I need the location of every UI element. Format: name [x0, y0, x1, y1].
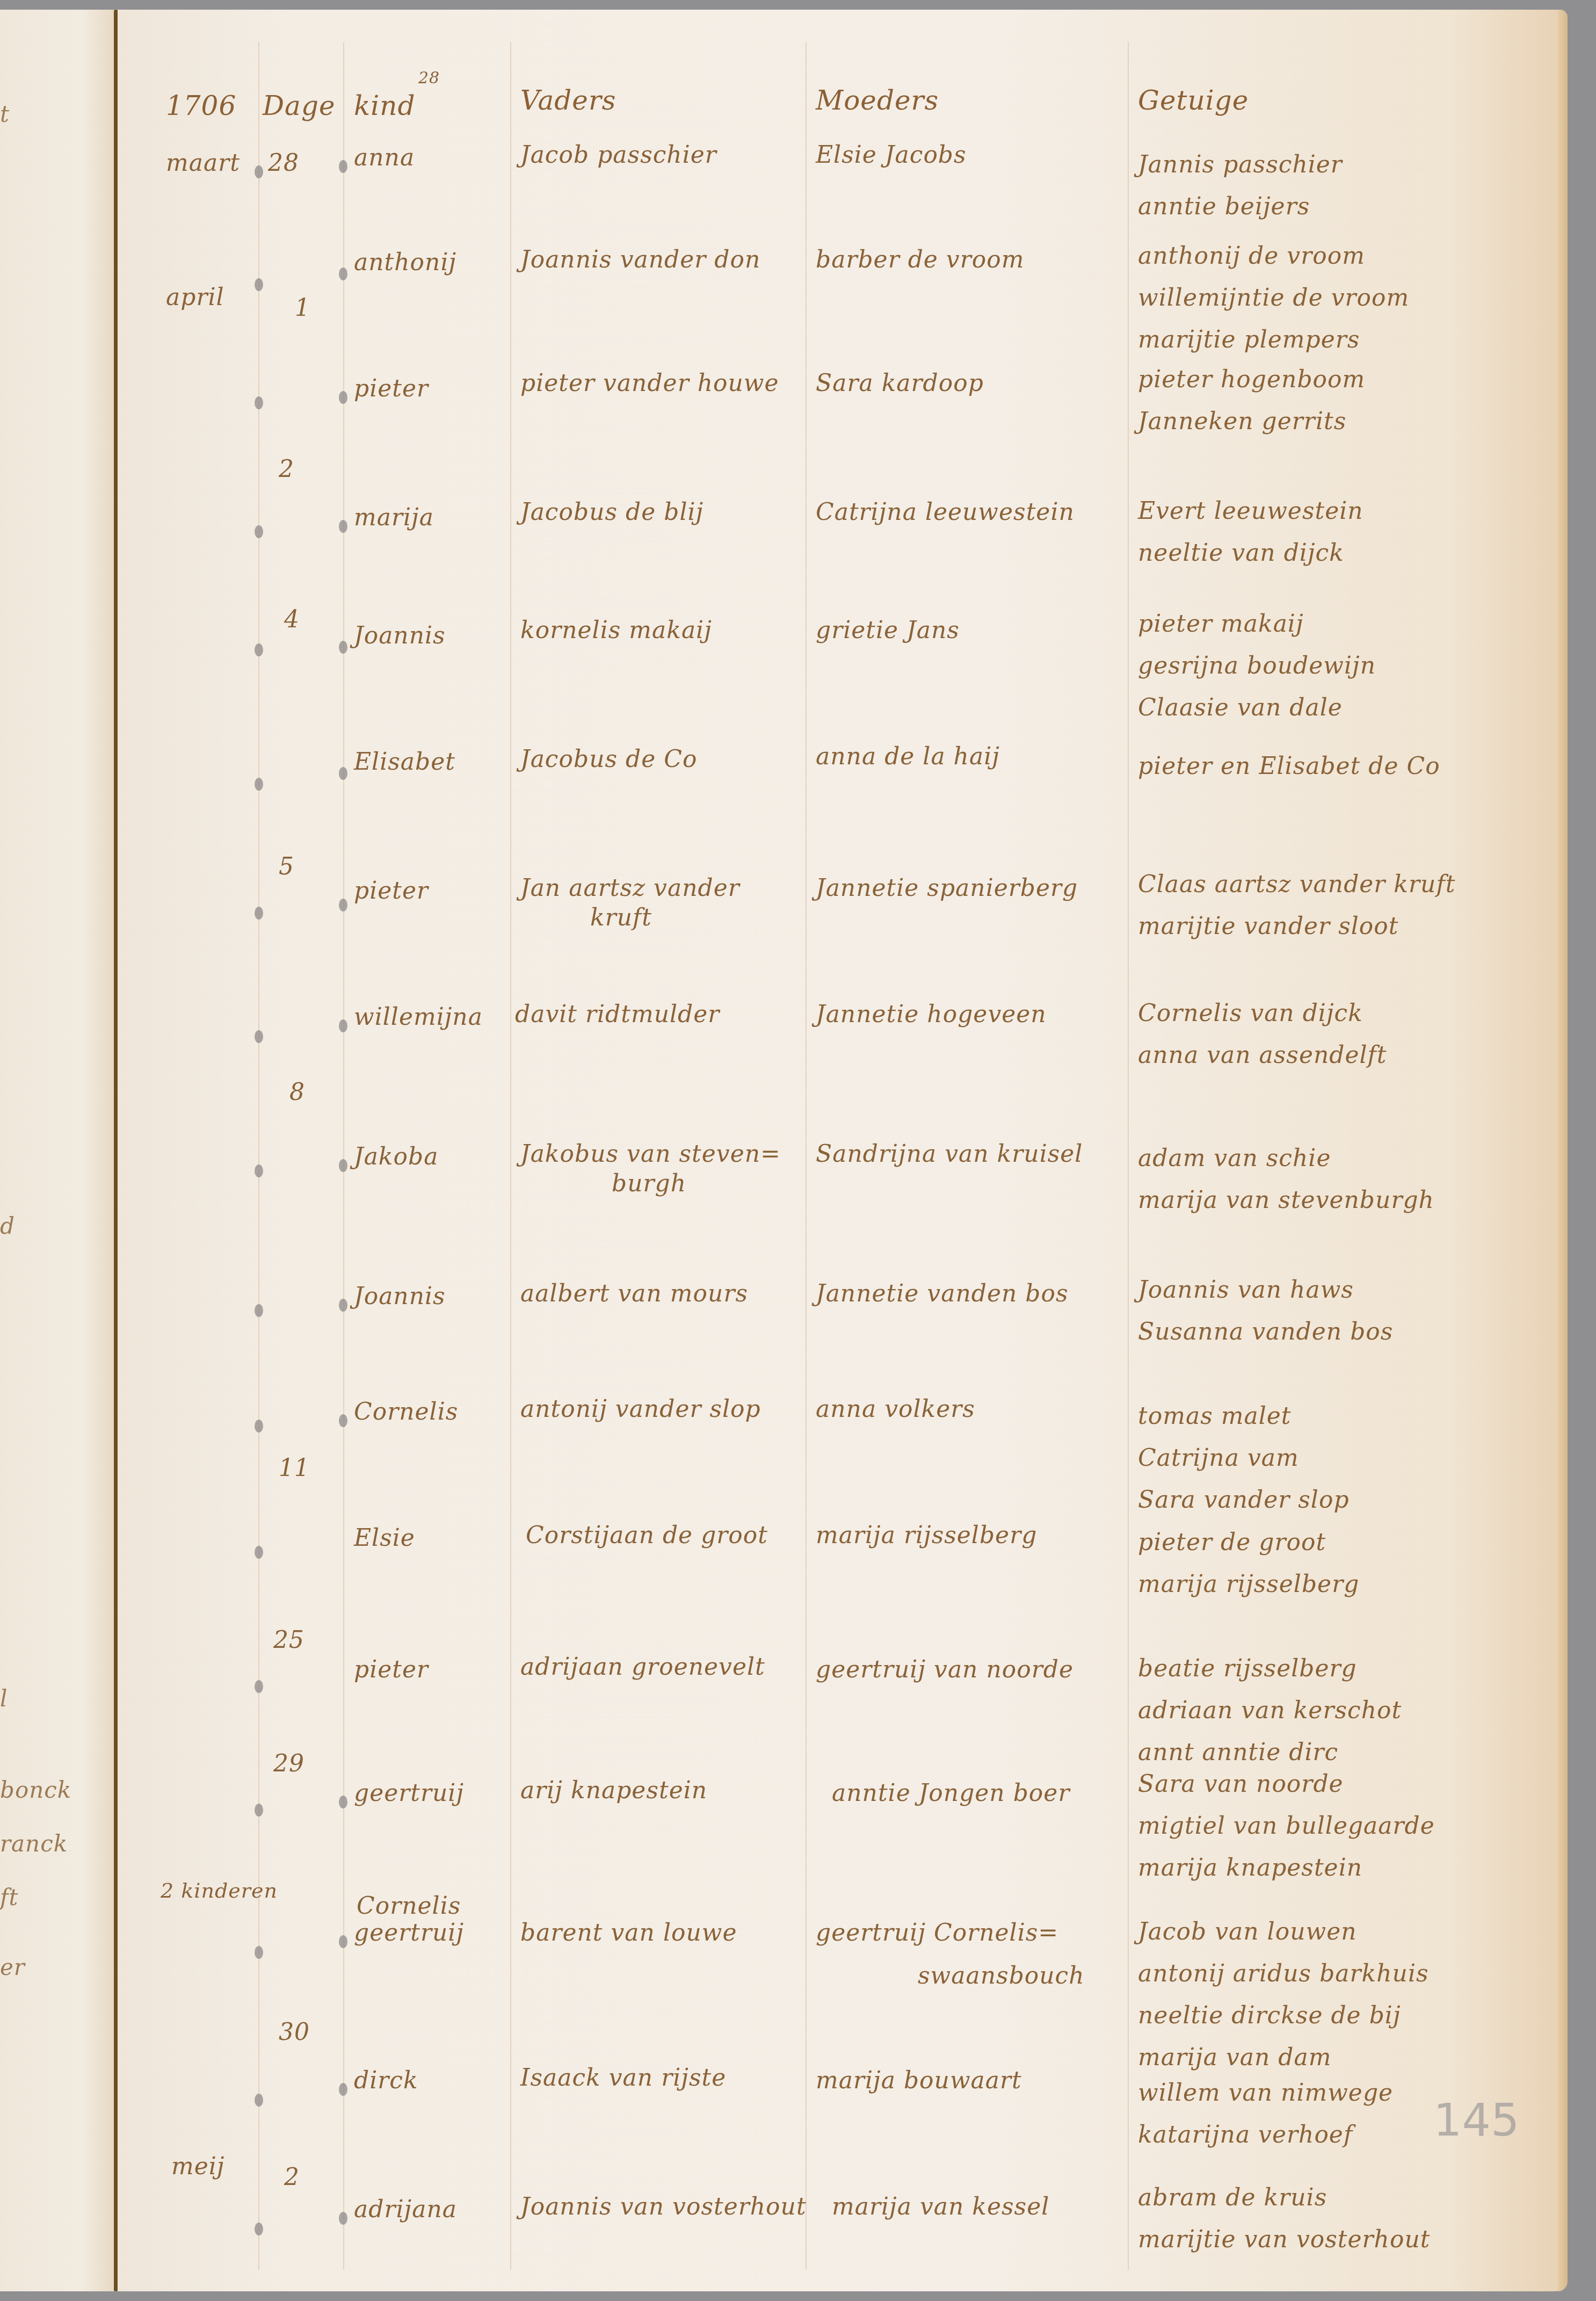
witness-list: Jannis passchier anntie beijers	[1138, 144, 1343, 228]
day-number: 30	[279, 2018, 310, 2046]
witness-name: Catrijna vam	[1138, 1437, 1350, 1479]
witness-name: migtiel van bullegaarde	[1138, 1805, 1435, 1847]
child-name: anthonij	[354, 249, 456, 276]
pencil-dot	[339, 391, 347, 404]
mother-name: anntie Jongen boer	[832, 1779, 1070, 1807]
witness-list: Cornelis van dijck anna van assendelft	[1138, 993, 1387, 1076]
child-name: pieter	[354, 1656, 429, 1683]
pencil-dot	[339, 899, 347, 911]
header-child-superscript: 28	[418, 69, 440, 88]
witness-name: gesrijna boudewijn	[1138, 645, 1376, 687]
witness-list: Jacob van louwen antonij aridus barkhuis…	[1138, 1911, 1429, 2079]
day-number: 2	[284, 2163, 300, 2191]
father-name: Jakobus van steven=	[520, 1140, 781, 1168]
pencil-dot	[255, 2223, 263, 2235]
header-mother: Moeders	[816, 85, 939, 116]
month-label: maart	[166, 149, 240, 177]
mother-name: geertruij Cornelis=	[816, 1919, 1058, 1947]
mother-name: Catrijna leeuwestein	[816, 498, 1075, 526]
father-name: pieter vander houwe	[520, 370, 779, 397]
pencil-dot	[255, 2094, 263, 2107]
child-name: adrijana	[354, 2196, 457, 2223]
witness-name: Evert leeuwestein	[1138, 490, 1363, 532]
witness-name: adriaan van kerschot	[1138, 1690, 1402, 1732]
column-rule	[806, 42, 807, 2270]
day-number: 2	[279, 455, 294, 483]
mother-name: geertruij van noorde	[816, 1656, 1073, 1683]
witness-name: abram de kruis	[1138, 2177, 1430, 2219]
father-name: davit ridtmulder	[515, 1001, 720, 1028]
witness-name: willem van nimwege	[1138, 2072, 1393, 2114]
father-name: Jan aartsz vander	[520, 874, 740, 902]
pencil-dot	[255, 1164, 263, 1177]
pencil-dot	[339, 267, 347, 280]
witness-list: pieter de groot marija rijsselberg	[1138, 1522, 1359, 1605]
father-name-continued: burgh	[612, 1170, 686, 1197]
pencil-folio-number: 145	[1433, 2094, 1519, 2146]
child-name: Elisabet	[354, 748, 455, 776]
header-child: kind	[354, 90, 416, 121]
left-fragment: t	[0, 101, 10, 127]
witness-name: Claasie van dale	[1138, 687, 1376, 729]
father-name: Jacobus de Co	[520, 746, 697, 773]
father-name: barent van louwe	[520, 1919, 737, 1947]
child-name: willemijna	[354, 1003, 483, 1031]
left-fragment: bonck	[0, 1777, 71, 1803]
pencil-dot	[255, 165, 263, 178]
day-number: 25	[273, 1626, 304, 1654]
child-name: pieter	[354, 375, 429, 402]
mother-name: anna de la haij	[816, 743, 1000, 770]
pencil-dot	[339, 520, 347, 533]
witness-name: Cornelis van dijck	[1138, 993, 1387, 1034]
mother-name: Elsie Jacobs	[816, 141, 967, 169]
mother-name: Jannetie vanden bos	[816, 1280, 1069, 1307]
pencil-dot	[339, 1935, 347, 1948]
witness-name: anthonij de vroom	[1138, 235, 1409, 277]
father-name-continued: kruft	[590, 904, 652, 931]
child-name: anna	[354, 144, 415, 171]
day-number: 8	[289, 1079, 305, 1106]
witness-name: neeltie van dijck	[1138, 532, 1363, 574]
mother-name: Sandrijna van kruisel	[816, 1140, 1083, 1168]
day-number: 4	[284, 606, 300, 633]
father-name: Isaack van rijste	[520, 2064, 726, 2092]
father-name: kornelis makaij	[520, 617, 712, 644]
pencil-dot	[339, 2212, 347, 2225]
child-name: Cornelis	[354, 1398, 458, 1426]
witness-name: Sara van noorde	[1138, 1763, 1435, 1805]
child-name: Joannis	[354, 622, 446, 649]
month-note: 2 kinderen	[161, 1879, 278, 1902]
child-name: pieter	[354, 877, 429, 905]
pencil-dot	[339, 160, 347, 173]
mother-name: Sara kardoop	[816, 370, 984, 397]
month-label: april	[166, 284, 224, 311]
day-number: 11	[279, 1455, 310, 1482]
left-fragment: ranck	[0, 1830, 68, 1857]
left-fragment: d	[0, 1213, 15, 1239]
pencil-dot	[339, 641, 347, 654]
father-name: Joannis van vosterhout	[520, 2193, 807, 2220]
witness-name: marijtie plempers	[1138, 319, 1409, 361]
header-day: Dage	[263, 90, 336, 121]
pencil-dot	[255, 278, 263, 291]
left-fragment: ft	[0, 1884, 18, 1911]
pencil-dot	[255, 525, 263, 538]
child-name-second: geertruij	[354, 1919, 464, 1947]
witness-name: tomas malet	[1138, 1395, 1350, 1437]
day-number: 28	[268, 149, 299, 177]
pencil-dot	[339, 767, 347, 780]
mother-name: marija van kessel	[832, 2193, 1049, 2220]
witness-name: Sara vander slop	[1138, 1479, 1350, 1521]
mother-name-continued: swaansbouch	[918, 1962, 1085, 1989]
pencil-dot	[255, 1030, 263, 1043]
day-number: 5	[279, 853, 294, 880]
father-name: arij knapestein	[520, 1777, 707, 1804]
father-name: Jacobus de blij	[520, 498, 703, 526]
witness-list: willem van nimwege katarijna verhoef	[1138, 2072, 1393, 2156]
pencil-dot	[339, 1796, 347, 1808]
witness-name: pieter hogenboom	[1138, 359, 1365, 401]
witness-name: Jacob van louwen	[1138, 1911, 1429, 1953]
pencil-dot	[255, 1680, 263, 1693]
left-fragment: l	[0, 1685, 8, 1712]
father-name: Jacob passchier	[520, 141, 717, 169]
child-name: Joannis	[354, 1283, 446, 1310]
header-witnesses: Getuige	[1138, 85, 1249, 116]
child-name: marija	[354, 504, 434, 531]
witness-name: pieter makaij	[1138, 603, 1376, 645]
page-edge	[1558, 10, 1568, 2291]
child-name: Cornelis	[357, 1892, 461, 1920]
witness-list: pieter makaij gesrijna boudewijn Claasie…	[1138, 603, 1376, 729]
witness-name: Joannis van haws	[1138, 1269, 1393, 1311]
witness-list: pieter hogenboom Janneken gerrits	[1138, 359, 1365, 443]
witness-list: Evert leeuwestein neeltie van dijck	[1138, 490, 1363, 574]
witness-name: anntie beijers	[1138, 186, 1343, 228]
witness-name: beatie rijsselberg	[1138, 1648, 1402, 1690]
mother-name: anna volkers	[816, 1395, 975, 1423]
book-gutter	[114, 10, 118, 2291]
witness-name: marijtie van vosterhout	[1138, 2219, 1430, 2261]
witness-name: anna van assendelft	[1138, 1034, 1387, 1076]
pencil-dot	[255, 778, 263, 791]
witness-name: pieter de groot	[1138, 1522, 1359, 1564]
mother-name: grietie Jans	[816, 617, 960, 644]
witness-name: neeltie dirckse de bij	[1138, 1995, 1429, 2037]
father-name: Corstijaan de groot	[526, 1522, 768, 1549]
pencil-dot	[255, 643, 263, 656]
witness-name: pieter en Elisabet de Co	[1138, 746, 1440, 787]
witness-name: marija knapestein	[1138, 1847, 1435, 1889]
witness-list: pieter en Elisabet de Co	[1138, 746, 1440, 787]
pencil-dot	[339, 1019, 347, 1032]
witness-name: marija van stevenburgh	[1138, 1180, 1434, 1221]
father-name: antonij vander slop	[520, 1395, 761, 1423]
header-father: Vaders	[520, 85, 616, 116]
witness-list: abram de kruis marijtie van vosterhout	[1138, 2177, 1430, 2261]
month-label: meij	[171, 2153, 224, 2180]
pencil-dot	[255, 1420, 263, 1432]
pencil-dot	[255, 1804, 263, 1817]
witness-name: Claas aartsz vander kruft	[1138, 864, 1455, 906]
witness-name: antonij aridus barkhuis	[1138, 1953, 1429, 1995]
column-rule	[510, 42, 511, 2270]
witness-list: beatie rijsselberg adriaan van kerschot …	[1138, 1648, 1402, 1774]
witness-name: Janneken gerrits	[1138, 401, 1365, 443]
witness-list: Claas aartsz vander kruft marijtie vande…	[1138, 864, 1455, 947]
child-name: dirck	[354, 2067, 418, 2094]
witness-name: willemijntie de vroom	[1138, 277, 1409, 319]
mother-name: marija rijsselberg	[816, 1522, 1037, 1549]
day-number: 1	[295, 294, 310, 322]
witness-name: Jannis passchier	[1138, 144, 1343, 186]
pencil-dot	[255, 1946, 263, 1959]
pencil-dot	[339, 1414, 347, 1427]
book-spread: t d l bonck ranck ft er 1706 Dage kind 2…	[0, 10, 1569, 2291]
witness-name: Susanna vanden bos	[1138, 1311, 1393, 1353]
witness-name: marijtie vander sloot	[1138, 906, 1455, 947]
father-name: Joannis vander don	[520, 246, 760, 273]
pencil-dot	[255, 907, 263, 920]
column-rule	[258, 42, 259, 2270]
mother-name: marija bouwaart	[816, 2067, 1022, 2094]
mother-name: Jannetie spanierberg	[816, 874, 1078, 902]
child-name: Jakoba	[354, 1143, 438, 1170]
header-year: 1706	[166, 90, 236, 121]
witness-name: adam van schie	[1138, 1138, 1434, 1180]
witness-list: anthonij de vroom willemijntie de vroom …	[1138, 235, 1409, 361]
mother-name: Jannetie hogeveen	[816, 1001, 1047, 1028]
child-name: geertruij	[354, 1779, 464, 1807]
pencil-dot	[255, 1304, 263, 1317]
mother-name: barber de vroom	[816, 246, 1024, 273]
column-rule	[1128, 42, 1129, 2270]
pencil-dot	[255, 396, 263, 409]
witness-list: tomas malet Catrijna vam Sara vander slo…	[1138, 1395, 1350, 1521]
left-fragment: er	[0, 1954, 25, 1980]
left-facing-page: t d l bonck ranck ft er	[0, 10, 117, 2291]
father-name: adrijaan groenevelt	[520, 1653, 765, 1681]
pencil-dot	[339, 1159, 347, 1172]
witness-list: adam van schie marija van stevenburgh	[1138, 1138, 1434, 1221]
pencil-dot	[339, 1299, 347, 1312]
pencil-dot	[339, 2083, 347, 2096]
witness-name: katarijna verhoef	[1138, 2114, 1393, 2156]
witness-list: Sara van noorde migtiel van bullegaarde …	[1138, 1763, 1435, 1889]
register-page: 1706 Dage kind 28 Vaders Moeders Getuige…	[118, 10, 1568, 2291]
witness-list: Joannis van haws Susanna vanden bos	[1138, 1269, 1393, 1353]
day-number: 29	[273, 1750, 304, 1777]
child-name: Elsie	[354, 1524, 415, 1552]
father-name: aalbert van mours	[520, 1280, 748, 1307]
pencil-dot	[255, 1546, 263, 1559]
witness-name: marija rijsselberg	[1138, 1564, 1359, 1605]
